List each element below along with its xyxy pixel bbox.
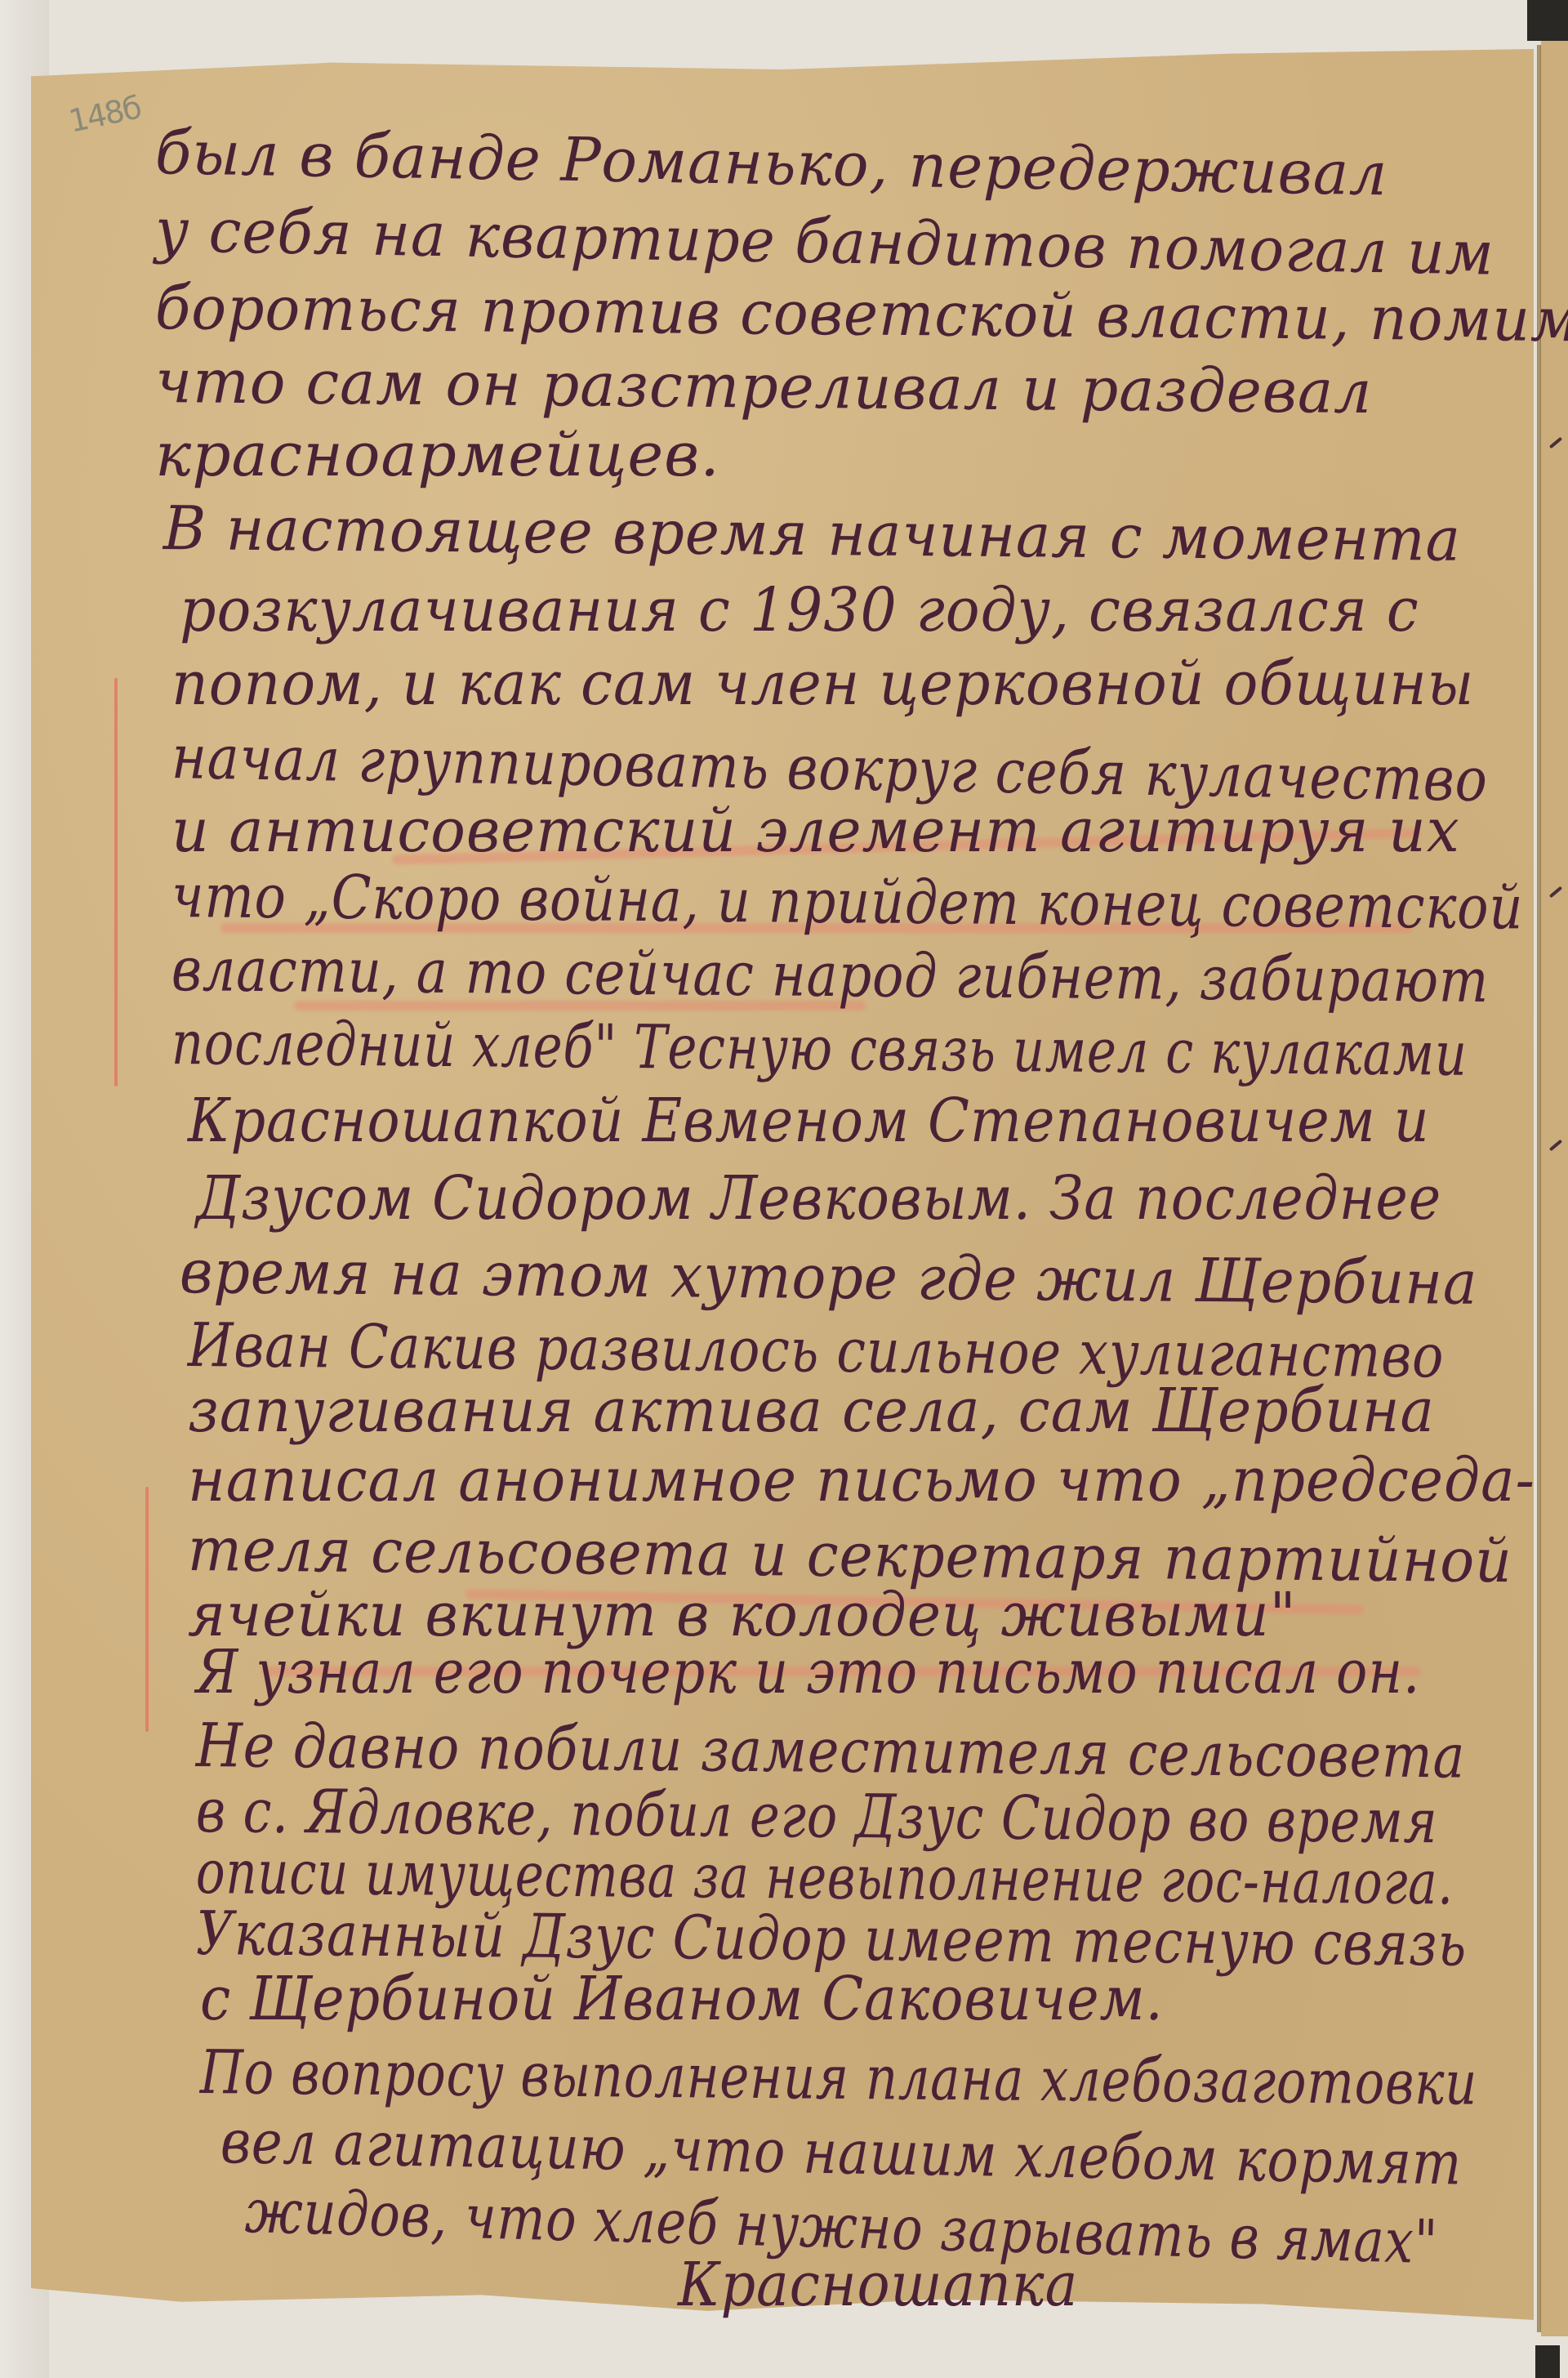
manuscript-line: и антисоветский элемент агитируя их <box>171 801 1460 861</box>
manuscript-line: Дзусом Сидором Левковым. За последнее <box>196 1168 1441 1229</box>
manuscript-line: что „Скоро война, и прийдет конец советс… <box>171 866 1524 938</box>
manuscript-line: бороться против советской власти, помимо <box>155 278 1568 351</box>
signature: Красношапка <box>678 2255 1078 2315</box>
binder-edge-bottom <box>1535 2345 1560 2378</box>
manuscript-line: время на этом хуторе где жил Щербина <box>180 1242 1478 1314</box>
manuscript-line: с Щербиной Иваном Саковичем. <box>200 1969 1164 2029</box>
binder-edge-top <box>1527 0 1568 41</box>
manuscript-line: власти, а то сейчас народ гибнет, забира… <box>171 939 1490 1011</box>
sheet-fold-line <box>1537 45 1541 2332</box>
manuscript-line: попом, и как сам член церковной общины <box>171 654 1474 714</box>
red-margin-mark <box>114 678 118 1086</box>
manuscript-line: что сам он разстреливал и раздевал <box>155 351 1373 422</box>
manuscript-line: последний хлеб" Тесную связь имел с кула… <box>171 1013 1468 1085</box>
manuscript-line: В настоящее время начиная с момента <box>163 498 1462 570</box>
adjacent-sheet-edge <box>1541 41 1568 2336</box>
manuscript-line: красноармейцев. <box>155 425 720 485</box>
manuscript-line: Я узнал его почерк и это письмо писал он… <box>196 1642 1420 1702</box>
manuscript-line: написал анонимное письмо что „председа- <box>188 1450 1535 1510</box>
manuscript-line: запугивания актива села, сам Щербина <box>188 1381 1435 1441</box>
red-margin-mark <box>145 1487 149 1732</box>
manuscript-line: По вопросу выполнения плана хлебозаготов… <box>200 2042 1478 2114</box>
manuscript-line: Красношапкой Евменом Степановичем и <box>188 1091 1430 1151</box>
manuscript-line: Не давно побили заместителя сельсовета <box>196 1715 1466 1787</box>
manuscript-line: розкулачивания с 1930 году, связался с <box>180 580 1419 640</box>
manuscript-line: ячейки вкинут в колодец живыми" <box>188 1585 1297 1645</box>
